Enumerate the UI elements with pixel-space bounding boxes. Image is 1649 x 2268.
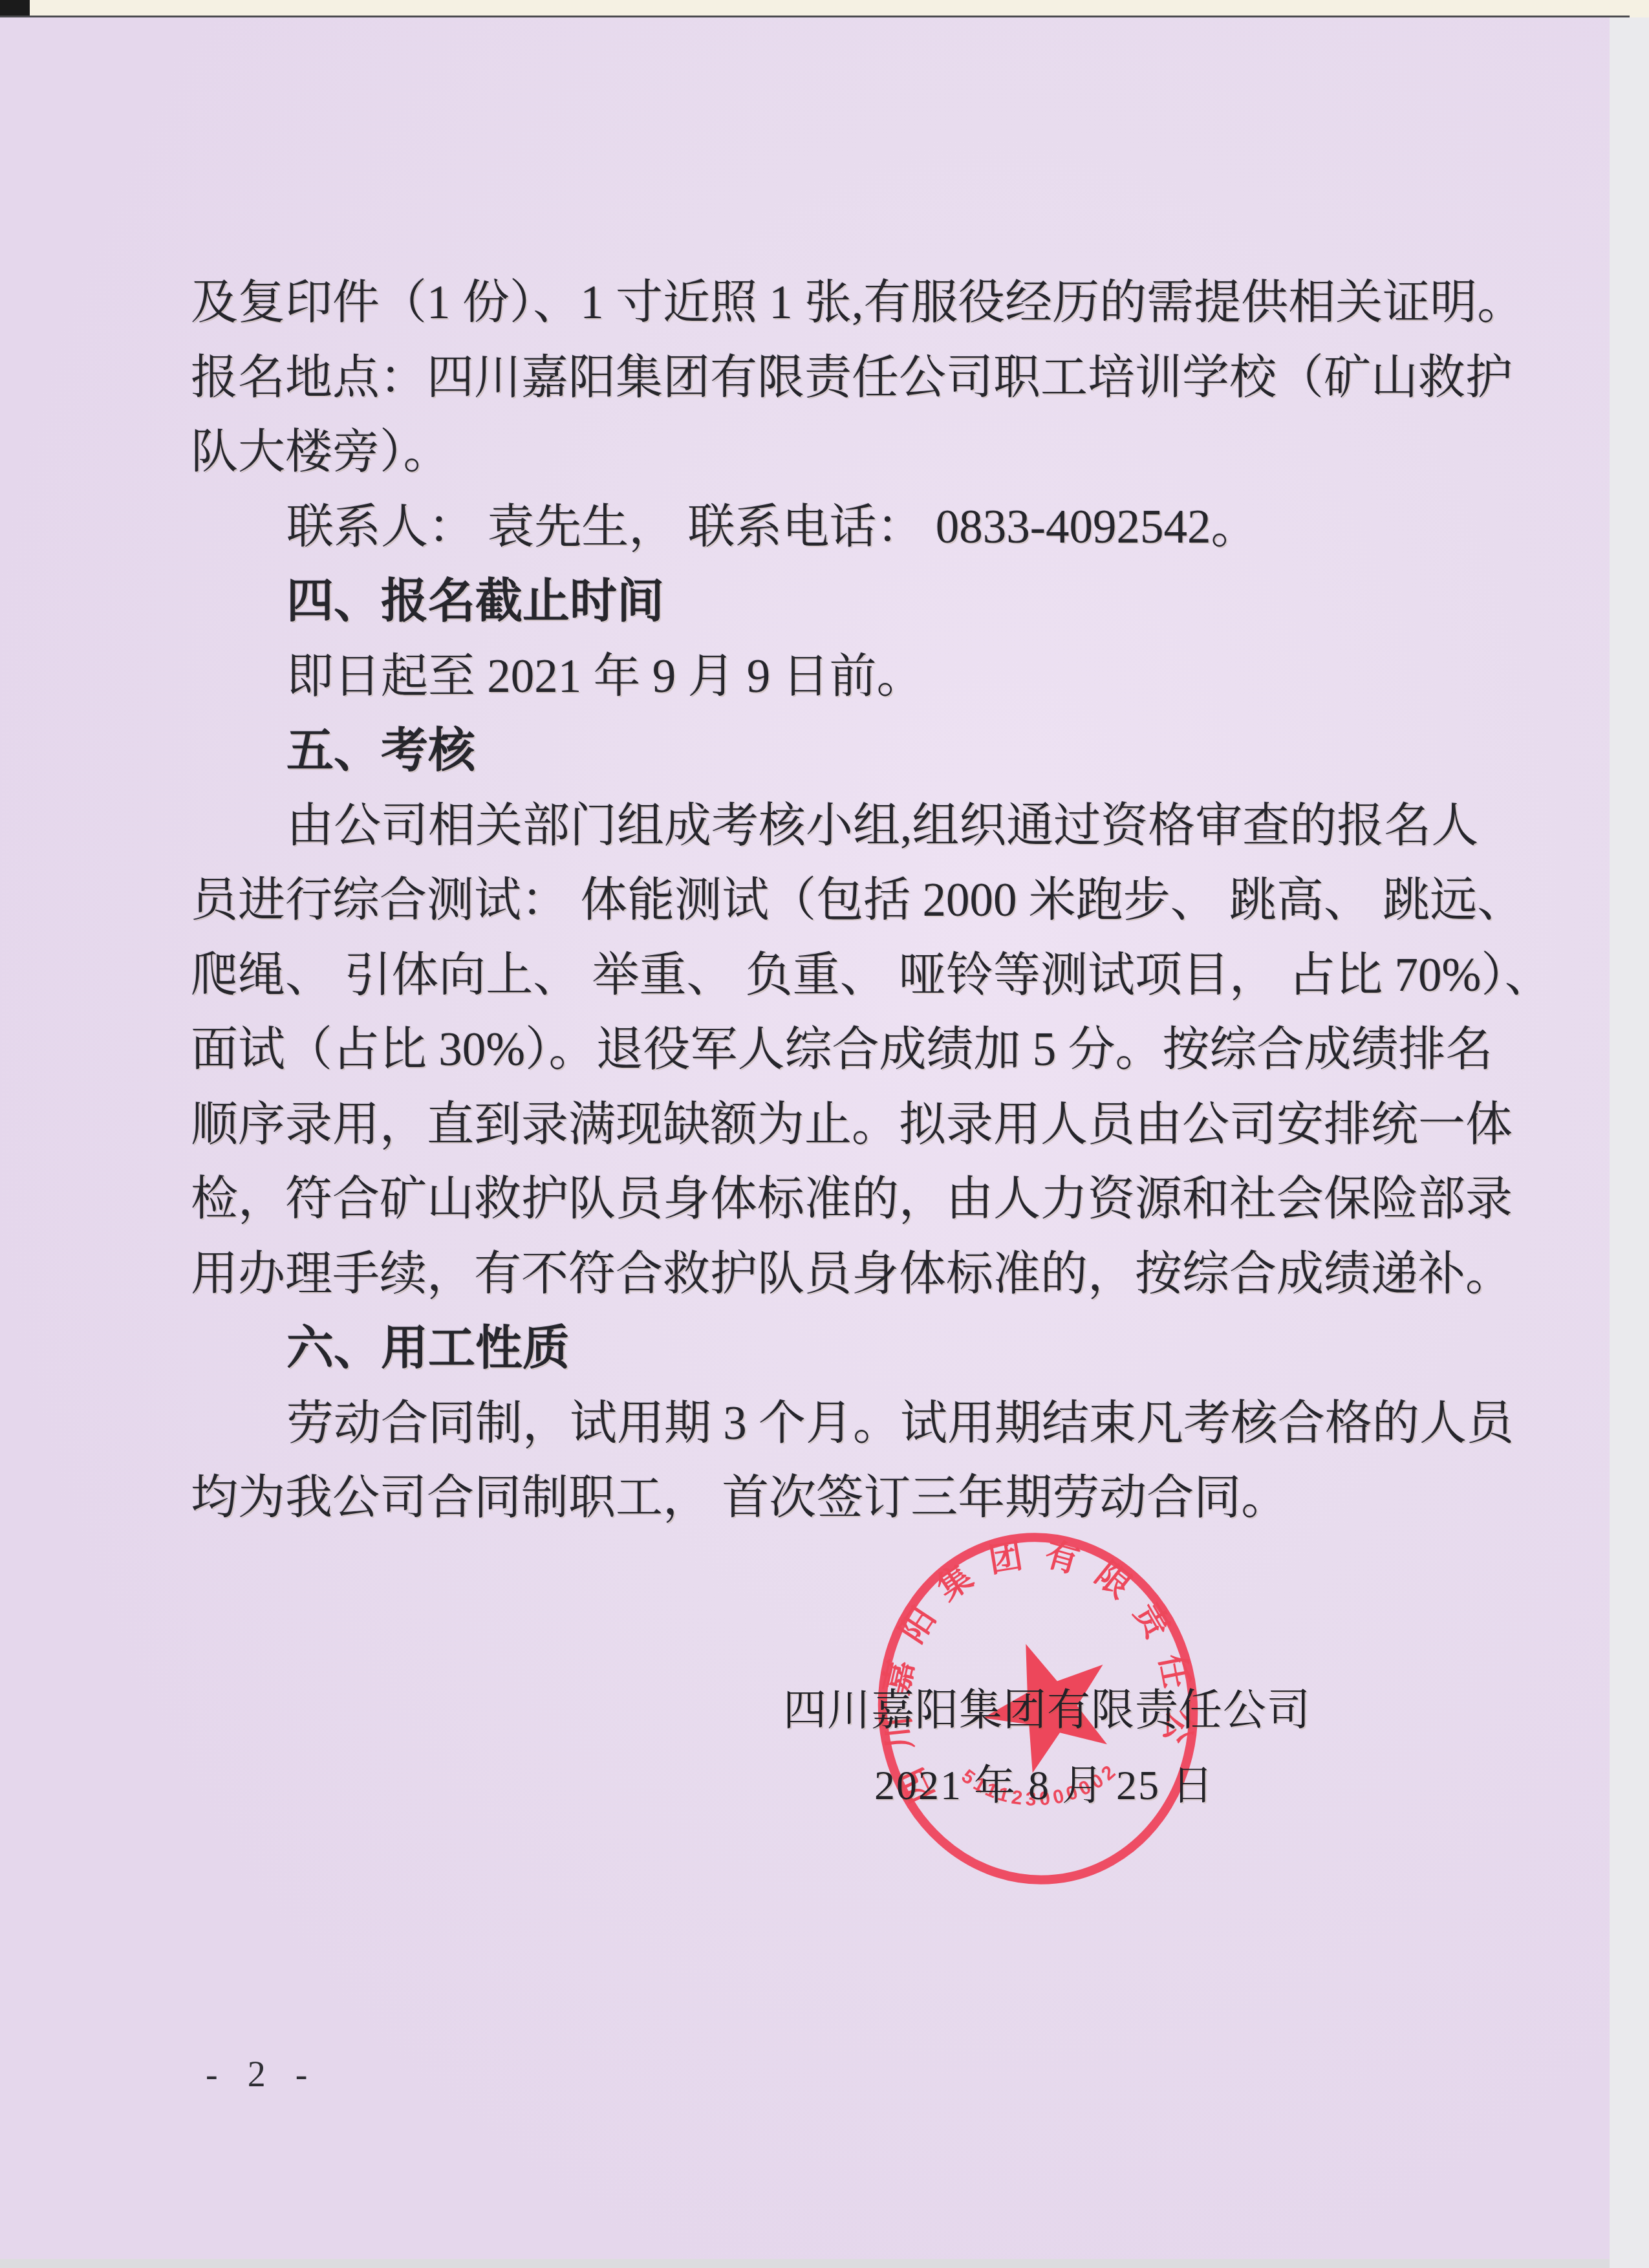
text-line: 用办理手续，有不符合救护队员身体标准的，按综合成绩递补。 <box>191 1237 1423 1312</box>
scanner-bottom-strip <box>0 2259 1610 2268</box>
signature-company-name: 四川嘉阳集团有限责任公司 <box>783 1685 1311 1736</box>
scanner-right-strip <box>1610 17 1649 2268</box>
text-line: 即日起至 2021 年 9 月 9 日前。 <box>191 639 1518 714</box>
text-line: 顺序录用，直到录满现缺额为止。拟录用人员由公司安排统一体 <box>191 1087 1423 1162</box>
signature-date: 2021 年 8 月 25 日 <box>874 1760 1214 1811</box>
scan-corner-mark <box>0 0 30 16</box>
paper-sheet: 及复印件（1 份）、1 寸近照 1 张,有服役经历的需提供相关证明。报名地点：四… <box>0 17 1610 2259</box>
text-line: 联系人： 袁先生， 联系电话： 0833-4092542。 <box>191 490 1518 565</box>
text-line: 报名地点：四川嘉阳集团有限责任公司职工培训学校（矿山救护 <box>191 340 1423 415</box>
text-line: 四、报名截止时间 <box>191 564 1518 639</box>
page-number: - 2 - <box>206 2052 318 2097</box>
text-line: 面试（占比 30%）。退役军人综合成绩加 5 分。按综合成绩排名 <box>191 1012 1423 1087</box>
text-line: 五、考核 <box>191 713 1518 788</box>
text-line: 员进行综合测试： 体能测试（包括 2000 米跑步、 跳高、 跳远、 <box>191 863 1423 938</box>
scanner-top-strip <box>0 0 1649 17</box>
scanned-page: 及复印件（1 份）、1 寸近照 1 张,有服役经历的需提供相关证明。报名地点：四… <box>0 0 1649 2268</box>
text-line: 均为我公司合同制职工， 首次签订三年期劳动合同。 <box>191 1460 1423 1535</box>
text-line: 由公司相关部门组成考核小组,组织通过资格审查的报名人 <box>191 788 1518 863</box>
text-line: 检，符合矿山救护队员身体标准的，由人力资源和社会保险部录 <box>191 1161 1423 1237</box>
text-line: 劳动合同制，试用期 3 个月。试用期结束凡考核合格的人员 <box>191 1386 1518 1461</box>
text-line: 队大楼旁）。 <box>191 415 1423 490</box>
text-line: 六、用工性质 <box>191 1311 1518 1386</box>
text-line: 及复印件（1 份）、1 寸近照 1 张,有服役经历的需提供相关证明。 <box>191 265 1423 340</box>
text-line: 爬绳、 引体向上、 举重、 负重、 哑铃等测试项目， 占比 70%）、 <box>191 938 1423 1013</box>
